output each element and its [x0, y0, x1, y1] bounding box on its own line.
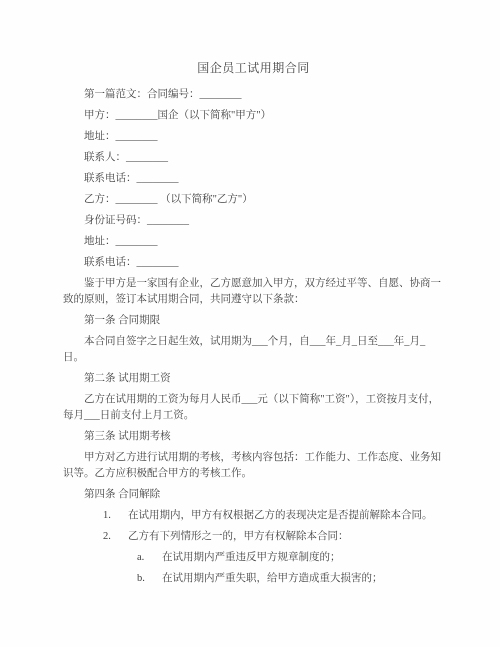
contract-number-line: 第一篇范文：合同编号：________: [63, 87, 444, 103]
party-a-name-line: 甲方：________国企（以下简称"甲方"）: [63, 108, 444, 124]
termination-item-1: 1. 在试用期内，甲方有权根据乙方的表现决定是否提前解除本合同。: [103, 508, 444, 524]
item-number: 2.: [103, 529, 128, 545]
item-text: 乙方有下列情形之一的，甲方有权解除本合同：: [128, 529, 444, 545]
article-2-body: 乙方在试用期的工资为每月人民币___元（以下简称"工资"），工资按月支付，每月_…: [63, 392, 444, 424]
article-1-body: 本合同自签字之日起生效，试用期为___个月，自___年_月_日至___年_月_日…: [63, 334, 444, 366]
subitem-letter: a.: [137, 550, 162, 566]
party-a-address-line: 地址：________: [63, 129, 444, 145]
article-2-heading: 第二条 试用期工资: [63, 371, 444, 387]
item-text: 在试用期内，甲方有权根据乙方的表现决定是否提前解除本合同。: [128, 508, 444, 524]
party-b-name-line: 乙方：________ （以下简称"乙方"）: [63, 192, 444, 208]
contract-document-page: 国企员工试用期合同 第一篇范文：合同编号：________ 甲方：_______…: [0, 0, 500, 647]
article-3-body: 甲方对乙方进行试用期的考核，考核内容包括：工作能力、工作态度、业务知识等。乙方应…: [63, 450, 444, 482]
party-a-contact-line: 联系人：________: [63, 150, 444, 166]
party-a-phone-line: 联系电话：________: [63, 171, 444, 187]
preamble-paragraph: 鉴于甲方是一家国有企业，乙方愿意加入甲方，双方经过平等、自愿、协商一致的原则，签…: [63, 276, 444, 308]
document-title: 国企员工试用期合同: [63, 60, 444, 77]
article-1-heading: 第一条 合同期限: [63, 313, 444, 329]
party-b-address-line: 地址：________: [63, 234, 444, 250]
article-3-heading: 第三条 试用期考核: [63, 429, 444, 445]
party-b-phone-line: 联系电话：________: [63, 255, 444, 271]
article-4-heading: 第四条 合同解除: [63, 487, 444, 503]
party-b-id-line: 身份证号码：________: [63, 213, 444, 229]
termination-item-2: 2. 乙方有下列情形之一的，甲方有权解除本合同：: [103, 529, 444, 545]
termination-subitem-a: a. 在试用期内严重违反甲方规章制度的；: [137, 550, 444, 566]
subitem-letter: b.: [137, 571, 162, 587]
subitem-text: 在试用期内严重违反甲方规章制度的；: [162, 550, 444, 566]
termination-subitem-b: b. 在试用期内严重失职，给甲方造成重大损害的；: [137, 571, 444, 587]
subitem-text: 在试用期内严重失职，给甲方造成重大损害的；: [162, 571, 444, 587]
item-number: 1.: [103, 508, 128, 524]
